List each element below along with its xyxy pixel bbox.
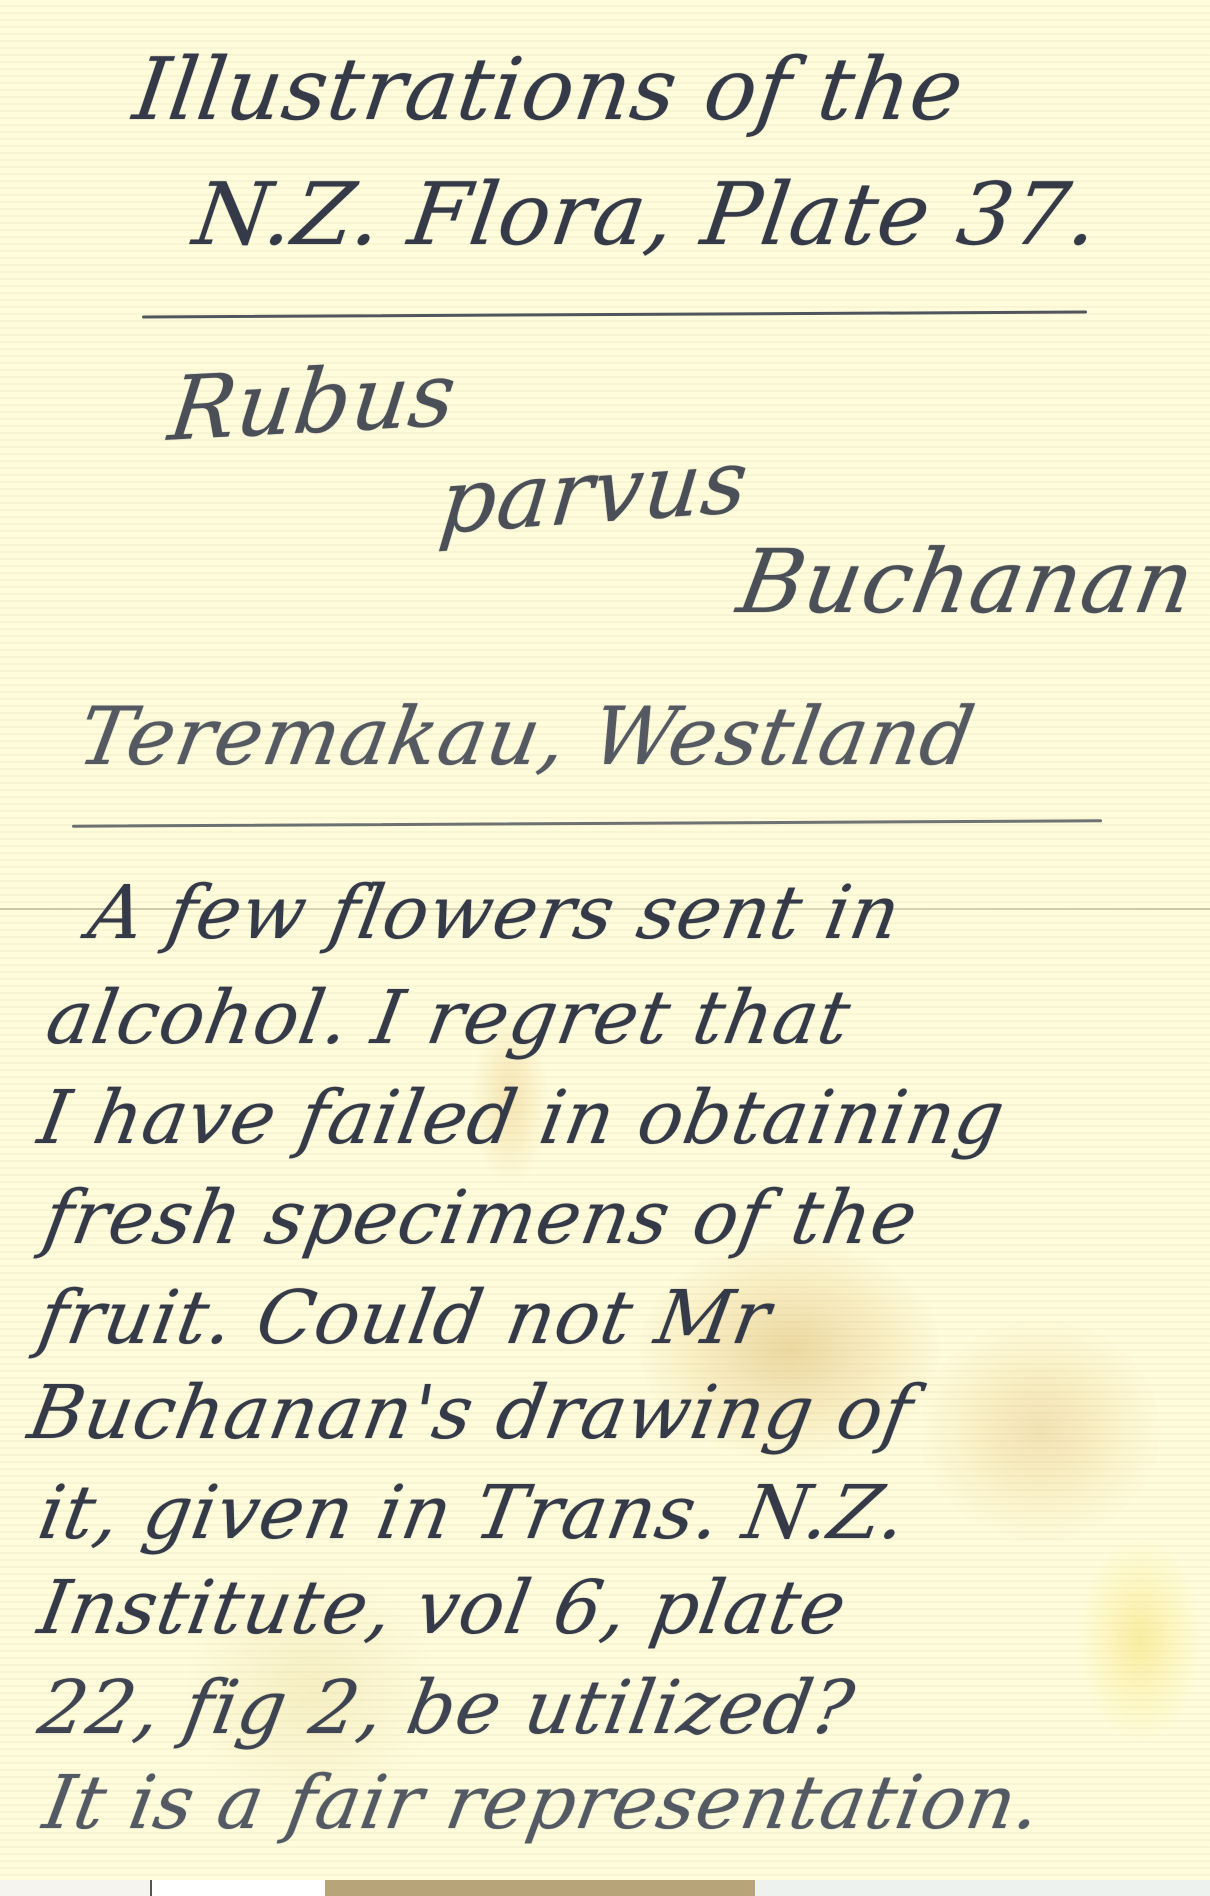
body-line: Buchanan's drawing of	[22, 1370, 919, 1456]
scan-edge-segment	[195, 1880, 325, 1896]
body-line: 22, fig 2, be utilized?	[32, 1665, 860, 1751]
body-line: alcohol. I regret that	[40, 975, 857, 1061]
heading-line-2: N.Z. Flora, Plate 37.	[188, 165, 1105, 265]
heading-line-1: Illustrations of the	[128, 40, 970, 140]
locality: Teremakau, Westland	[72, 690, 982, 783]
body-line: Institute, vol 6, plate	[32, 1565, 853, 1651]
scan-edge-segment	[755, 1880, 1210, 1896]
body-line: fresh specimens of the	[37, 1175, 924, 1261]
scan-edge-segment	[325, 1880, 755, 1896]
manuscript-page: Illustrations of the N.Z. Flora, Plate 3…	[0, 0, 1210, 1880]
body-line: A few flowers sent in	[82, 870, 907, 956]
body-line: fruit. Could not Mr	[32, 1275, 777, 1361]
heading-underline	[142, 311, 1087, 319]
scan-edge-segment	[150, 1880, 197, 1896]
body-line: It is a fair representation.	[37, 1760, 1048, 1846]
body-line: I have failed in obtaining	[32, 1075, 1011, 1161]
species-genus: Rubus	[164, 342, 462, 461]
body-line: it, given in Trans. N.Z.	[32, 1470, 913, 1556]
scan-bottom-edge	[0, 1880, 1210, 1896]
species-epithet: parvus	[435, 429, 754, 555]
foxing-stain	[920, 1320, 1160, 1540]
species-author: Buchanan	[731, 530, 1203, 633]
foxing-stain	[1080, 1540, 1200, 1740]
section-divider	[72, 819, 1102, 827]
